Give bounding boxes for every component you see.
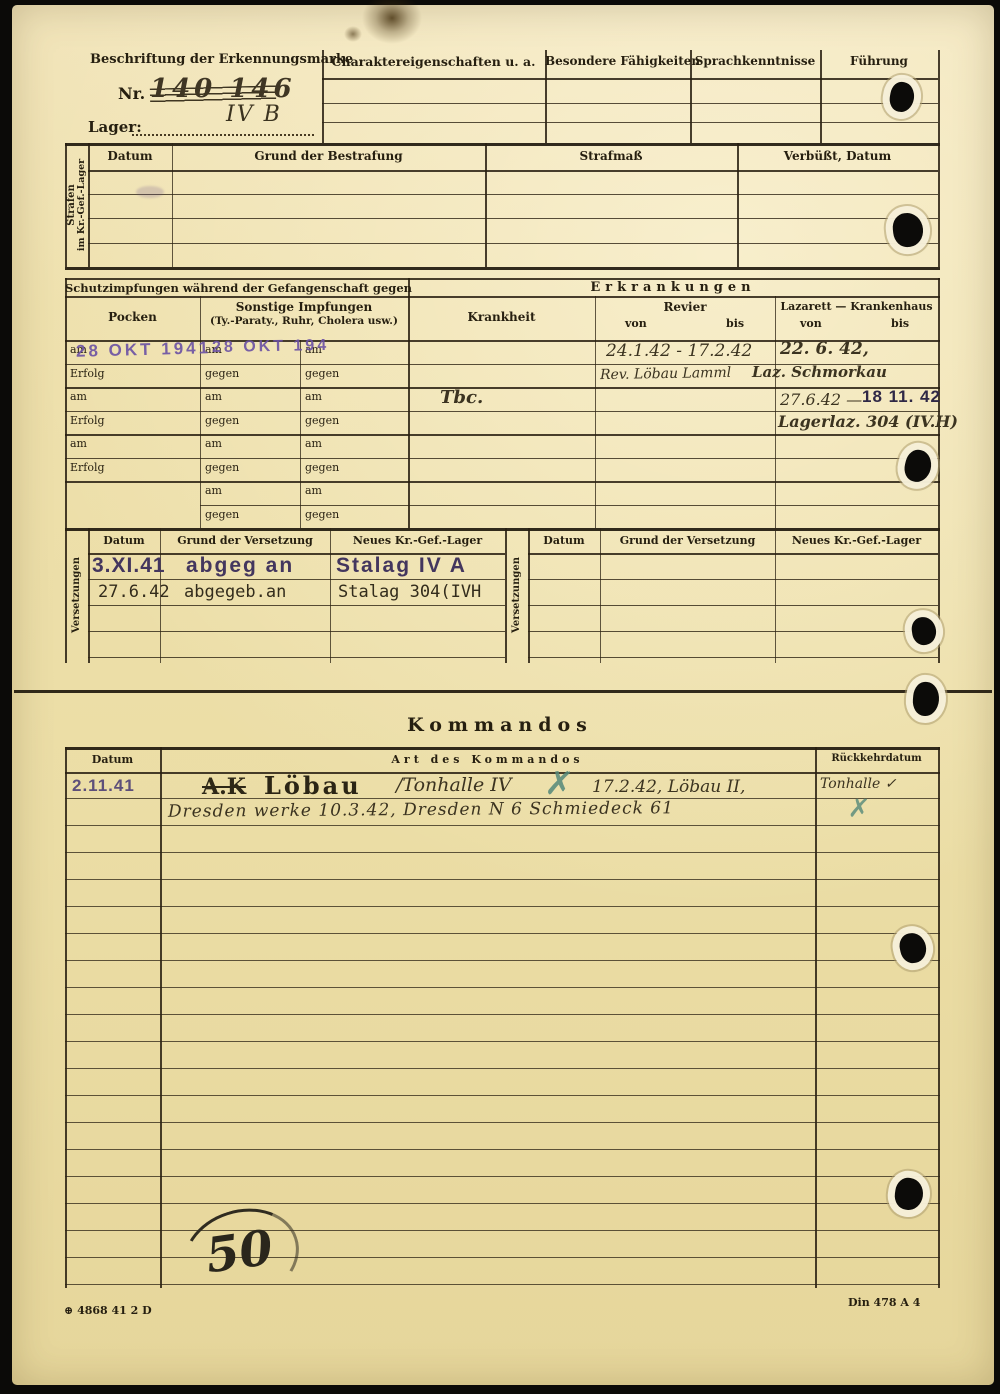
lazarett-von-label: von: [800, 317, 822, 330]
rule: [88, 170, 938, 172]
sonst2-gegen-2: gegen: [305, 414, 339, 427]
col-sonstige-impfungen-sub: (Ty.-Paraty., Ruhr, Cholera usw.): [200, 315, 408, 327]
rule: [600, 528, 601, 663]
sonst2-am-3: am: [305, 437, 322, 450]
rule: [88, 579, 505, 580]
lazarett-entry-4: Lagerlaz. 304 (IV.H): [778, 412, 958, 431]
rule: [65, 458, 940, 459]
rule: [528, 605, 938, 606]
rule: [65, 434, 940, 436]
vers-l-col-datum: Datum: [88, 534, 160, 547]
rule: [65, 528, 940, 531]
vers-l-col-lager: Neues Kr.-Gef.-Lager: [330, 534, 505, 547]
strafen-section-label: Strafen im Kr.-Gef.-Lager: [65, 144, 89, 266]
versetzungen-right-label: Versetzungen: [505, 535, 529, 655]
rule: [938, 528, 940, 663]
revier-bis-label: bis: [726, 317, 744, 330]
section-divider-rule: [14, 690, 992, 693]
col-sprachkenntnisse: Sprachkenntnisse: [690, 54, 820, 68]
col-besondere-faehigkeiten: Besondere Fähigkeiten: [545, 54, 690, 68]
kommandos-title: Kommandos: [370, 714, 630, 736]
print-code-text: 4868 41 2 D: [77, 1304, 152, 1317]
revier-entry-1: 24.1.42 - 17.2.42: [606, 341, 752, 361]
stamp-50-number: 50: [202, 1220, 276, 1285]
transfer1-date-stamp: 3.XI.41: [92, 554, 166, 578]
rule: [775, 296, 776, 528]
rule: [322, 78, 938, 80]
rule: [775, 528, 776, 663]
pocken-erfolg-3: Erfolg: [70, 461, 105, 474]
pocken-erfolg-2: Erfolg: [70, 414, 105, 427]
transfer1-text-stamp: abgeg an: [186, 554, 294, 578]
col-revier: Revier: [595, 300, 775, 314]
sonst1-gegen-2: gegen: [205, 414, 239, 427]
rule: [528, 553, 938, 555]
transfer2-text: abgegeb.an: [184, 582, 286, 602]
lazarett-bis-label: bis: [891, 317, 909, 330]
lazarett-entry-3-handwritten: 27.6.42 —: [780, 390, 862, 409]
kommando1-rest: 17.2.42, Löbau II,: [592, 777, 745, 797]
komm-col-datum: Datum: [65, 753, 160, 766]
rule: [528, 657, 938, 658]
vers-r-col-grund: Grund der Versetzung: [600, 534, 775, 547]
sonst1-am-3: am: [205, 437, 222, 450]
transfer1-camp-stamp: Stalag IV A: [336, 554, 467, 578]
rule: [528, 631, 938, 632]
rule: [88, 243, 938, 244]
vers-r-col-lager: Neues Kr.-Gef.-Lager: [775, 534, 938, 547]
sonst1-gegen-1: gegen: [205, 367, 239, 380]
col-sonstige-impfungen: Sonstige Impfungen: [200, 300, 408, 314]
sonst1-gegen-3: gegen: [205, 461, 239, 474]
sonst2-am-4: am: [305, 484, 322, 497]
sonst2-gegen-4: gegen: [305, 508, 339, 521]
sonst2-am-2: am: [305, 390, 322, 403]
komm-col-rueckkehr: Rückkehrdatum: [815, 753, 938, 764]
krankheit-entry: Tbc.: [440, 387, 483, 408]
lazarett-entry-2: Laz. Schmorkau: [752, 363, 887, 381]
lazarett-entry-3-stamp: 18 11. 42: [862, 387, 941, 407]
ink-stain-small: [344, 26, 362, 42]
col-lazarett: Lazarett — Krankenhaus: [775, 300, 938, 313]
rule: [65, 747, 940, 750]
rule: [88, 657, 505, 658]
pocken-am-2: am: [70, 390, 87, 403]
rule: [595, 296, 596, 528]
vers-l-col-grund: Grund der Versetzung: [160, 534, 330, 547]
rule: [88, 218, 938, 219]
rule: [65, 387, 940, 389]
sonst2-gegen-3: gegen: [305, 461, 339, 474]
kommando1-struck-text: A.K: [202, 774, 246, 800]
sonst2-gegen-1: gegen: [305, 367, 339, 380]
numeral-50-stamp: 50: [180, 1206, 304, 1298]
versetzungen-left-label: Versetzungen: [65, 535, 89, 655]
transfer2-camp: Stalag 304(IVH: [338, 582, 481, 602]
rule: [88, 605, 505, 606]
kommando1-date-stamp: 2.11.41: [72, 776, 135, 796]
strafen-col-strafmass: Strafmaß: [485, 149, 737, 163]
rule: [200, 505, 940, 506]
col-fuehrung: Führung: [820, 54, 938, 68]
ink-smudge: [136, 186, 164, 198]
kommando1-place: Löbau: [264, 771, 362, 800]
vaccination-date-stamp-sonstige: 28 OKT 194: [212, 337, 329, 357]
kommando1-return-entry: Tonhalle ✓: [820, 776, 896, 792]
erkrankungen-section-heading: Erkrankungen: [408, 280, 938, 295]
pocken-am-3: am: [70, 437, 87, 450]
din-format-label: Din 478 A 4: [848, 1296, 920, 1309]
vaccination-date-stamp-pocken: 28 OKT 1941: [76, 338, 212, 362]
rule: [65, 267, 940, 270]
vers-r-col-datum: Datum: [528, 534, 600, 547]
rule: [528, 579, 938, 580]
registration-cross-icon: ⊕: [64, 1304, 73, 1317]
sonst1-am-4: am: [205, 484, 222, 497]
green-check-cross-2: ✗: [847, 793, 871, 824]
nr-label: Nr.: [118, 84, 145, 103]
impfungen-section-heading: Schutzimpfungen während der Gefangenscha…: [65, 281, 408, 295]
col-charaktereigenschaften: Charaktereigenschaften u. a.: [322, 54, 545, 69]
print-code: ⊕ 4868 41 2 D: [64, 1304, 152, 1317]
rule: [88, 194, 938, 195]
sonst1-gegen-4: gegen: [205, 508, 239, 521]
rule: [88, 631, 505, 632]
erkennungsmarke-heading: Beschriftung der Erkennungsmarke: [90, 52, 325, 67]
rule: [330, 528, 331, 663]
strafen-col-grund: Grund der Bestrafung: [172, 149, 485, 163]
rule: [322, 122, 938, 123]
sonst1-am-2: am: [205, 390, 222, 403]
revier-von-label: von: [625, 317, 647, 330]
revier-entry-2: Rev. Löbau Lamml: [600, 365, 731, 383]
rule: [65, 481, 940, 483]
pocken-erfolg-1: Erfolg: [70, 367, 105, 380]
lager-value: IV B: [226, 102, 282, 127]
rule: [322, 103, 938, 104]
rule: [938, 143, 940, 267]
col-krankheit: Krankheit: [408, 310, 595, 324]
rule: [65, 296, 940, 298]
strafen-col-verbuesst: Verbüßt, Datum: [737, 149, 938, 163]
komm-col-art: Art des Kommandos: [160, 753, 815, 766]
kommando1-cursive: /Tonhalle IV: [396, 774, 512, 796]
rule: [200, 296, 201, 528]
rule: [65, 143, 940, 146]
lager-dotted-line: [132, 110, 314, 136]
kommando2-entry: Dresden werke 10.3.42, Dresden N 6 Schmi…: [168, 798, 674, 822]
col-pocken: Pocken: [65, 310, 200, 324]
lazarett-entry-1: 22. 6. 42,: [780, 339, 869, 359]
strafen-col-datum: Datum: [88, 149, 172, 163]
scanned-pow-card: Beschriftung der Erkennungsmarke Nr. 140…: [0, 0, 1000, 1394]
transfer2-date: 27.6.42: [98, 582, 170, 602]
rule: [938, 50, 940, 143]
